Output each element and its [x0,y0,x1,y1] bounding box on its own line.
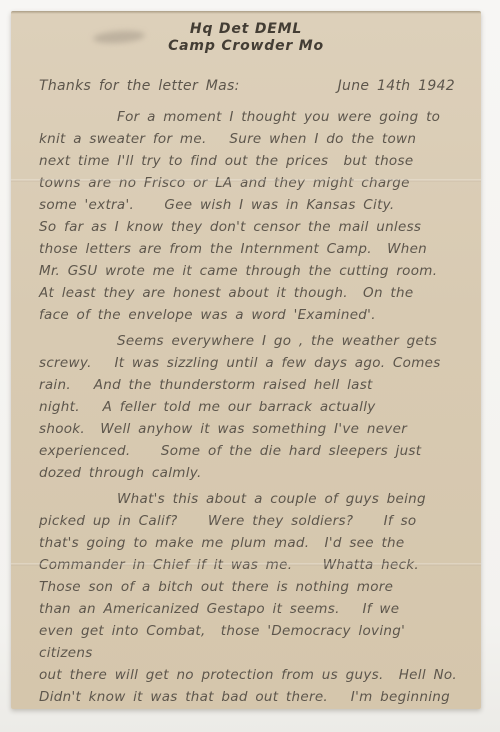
letter-line: Those son of a bitch out there is nothin… [39,576,457,598]
letter-line: dozed through calmly. [39,462,457,484]
letter-line: next time I'll try to find out the price… [39,150,457,172]
scan-background: Hq Det DEML Camp Crowder Mo Thanks for t… [0,0,500,732]
letter-line: At least they are honest about it though… [39,282,457,304]
letter-line: So far as I know they don't censor the m… [39,216,457,238]
letter-line: night. A feller told me our barrack actu… [39,396,457,418]
letter-line: than an Americanized Gestapo it seems. I… [39,598,457,620]
letterhead-unit: Hq Det DEML [11,21,481,38]
letter-line: picked up in Calif? Were they soldiers? … [39,510,457,532]
letterhead-location: Camp Crowder Mo [11,38,481,55]
letter-line: towns are no Frisco or LA and they might… [39,172,457,194]
letter-line: knit a sweater for me. Sure when I do th… [39,128,457,150]
letter-line: out there will get no protection from us… [39,664,457,686]
letter-line: to hate California like a son of a bitch… [39,708,457,709]
letter-line: those letters are from the Internment Ca… [39,238,457,260]
letter-line: experienced. Some of the die hard sleepe… [39,440,457,462]
letter-line: face of the envelope was a word 'Examine… [39,304,457,326]
letter-line: rain. And the thunderstorm raised hell l… [39,374,457,396]
letter-line: Mr. GSU wrote me it came through the cut… [39,260,457,282]
salutation: Thanks for the letter Mas: [39,78,240,94]
letter-line: screwy. It was sizzling until a few days… [39,352,457,374]
letter-line: that's going to make me plum mad. I'd se… [39,532,457,554]
paragraph-3: What's this about a couple of guys being… [39,488,457,709]
salutation-row: Thanks for the letter Mas: June 14th 194… [39,78,455,94]
paragraph-1: For a moment I thought you were going to… [39,106,457,326]
letter-body: For a moment I thought you were going to… [39,106,457,709]
letter-line: shook. Well anyhow it was something I've… [39,418,457,440]
letter-line: even get into Combat, those 'Democracy l… [39,620,457,664]
letter-line: What's this about a couple of guys being [39,488,457,510]
letter-line: Didn't know it was that bad out there. I… [39,686,457,708]
letter-line: For a moment I thought you were going to [39,106,457,128]
letter-line: Commander in Chief if it was me. Whatta … [39,554,457,576]
letter-line: some 'extra'. Gee wish I was in Kansas C… [39,194,457,216]
paragraph-2: Seems everywhere I go , the weather gets… [39,330,457,484]
letter-date: June 14th 1942 [338,78,455,94]
letter-page: Hq Det DEML Camp Crowder Mo Thanks for t… [11,11,481,709]
letter-line: Seems everywhere I go , the weather gets [39,330,457,352]
letterhead: Hq Det DEML Camp Crowder Mo [11,21,481,55]
